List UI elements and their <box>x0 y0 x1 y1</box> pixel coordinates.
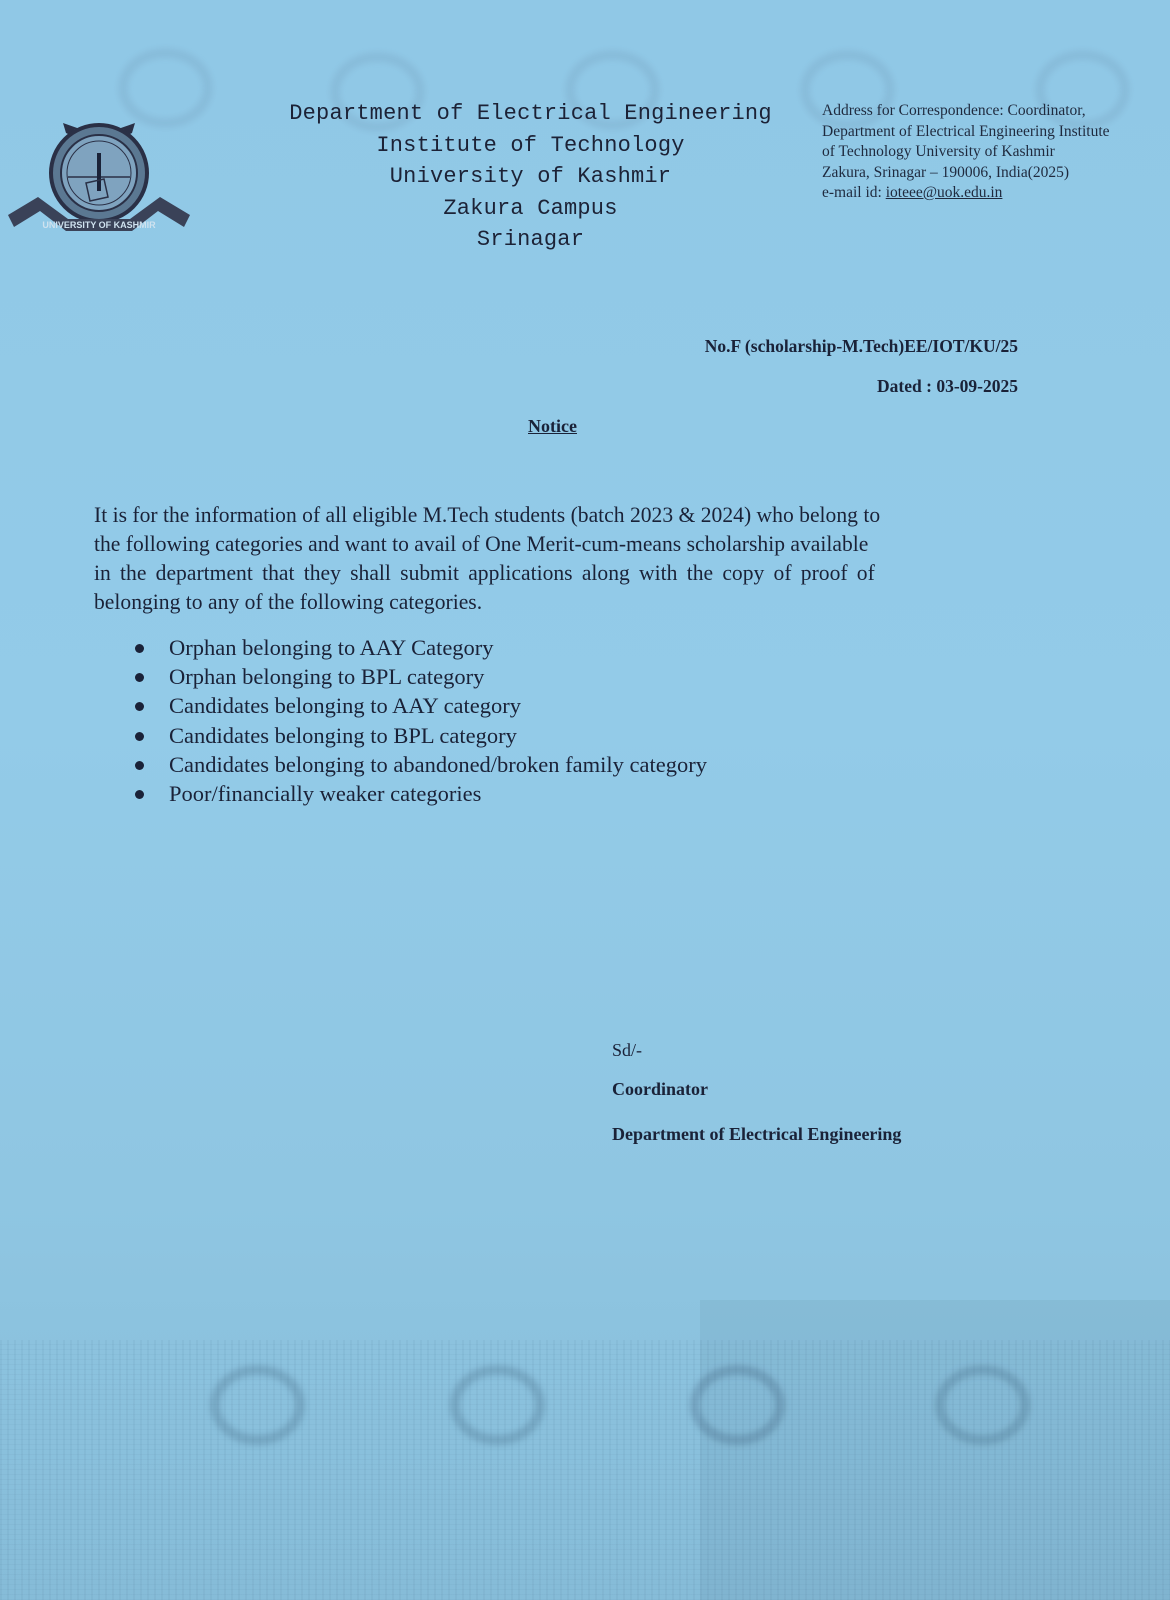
signature-mark: Sd/- <box>612 1040 642 1061</box>
list-item: Orphan belonging to BPL category <box>130 662 707 691</box>
notice-document: UNIVERSITY OF KASHMIR Department of Elec… <box>0 0 1170 1600</box>
body-line: belonging to any of the following catego… <box>94 587 979 616</box>
bullet-icon <box>135 702 144 711</box>
address-line: Department of Electrical Engineering Ins… <box>822 122 1170 143</box>
reference-number: No.F (scholarship-M.Tech)EE/IOT/KU/25 <box>705 336 1018 357</box>
list-item: Candidates belonging to AAY category <box>130 691 707 720</box>
body-line: It is for the information of all eligibl… <box>94 500 979 529</box>
email-line: e-mail id: ioteee@uok.edu.in <box>822 183 1170 204</box>
university-logo: UNIVERSITY OF KASHMIR <box>8 115 190 240</box>
list-item: Poor/financially weaker categories <box>130 779 707 808</box>
signatory-department: Department of Electrical Engineering <box>612 1124 901 1145</box>
toner-grain <box>0 1340 1170 1600</box>
svg-text:UNIVERSITY OF KASHMIR: UNIVERSITY OF KASHMIR <box>42 220 156 230</box>
address-line: Zakura, Srinagar – 190006, India(2025) <box>822 163 1170 184</box>
signatory-designation: Coordinator <box>612 1079 708 1100</box>
address-line: Address for Correspondence: Coordinator, <box>822 101 1170 122</box>
city-name: Srinagar <box>258 224 803 256</box>
campus-name: Zakura Campus <box>258 193 803 225</box>
notice-title: Notice <box>528 416 577 437</box>
list-item: Candidates belonging to BPL category <box>130 721 707 750</box>
university-of-kashmir-emblem-icon: UNIVERSITY OF KASHMIR <box>8 115 190 240</box>
bullet-icon <box>135 732 144 741</box>
list-item: Candidates belonging to abandoned/broken… <box>130 750 707 779</box>
notice-date: Dated : 03-09-2025 <box>877 376 1018 397</box>
bullet-icon <box>135 644 144 653</box>
university-name: University of Kashmir <box>258 161 803 193</box>
institute-name: Institute of Technology <box>258 130 803 162</box>
body-line: the following categories and want to ava… <box>94 529 979 558</box>
bullet-icon <box>135 673 144 682</box>
eligible-categories-list: Orphan belonging to AAY Category Orphan … <box>130 633 707 808</box>
list-item: Orphan belonging to AAY Category <box>130 633 707 662</box>
correspondence-address: Address for Correspondence: Coordinator,… <box>822 101 1170 204</box>
bullet-icon <box>135 790 144 799</box>
body-line: in the department that they shall submit… <box>94 558 979 587</box>
bullet-icon <box>135 761 144 770</box>
letterhead-title: Department of Electrical Engineering Ins… <box>258 98 803 256</box>
department-name: Department of Electrical Engineering <box>258 98 803 130</box>
address-line: of Technology University of Kashmir <box>822 142 1170 163</box>
notice-body: It is for the information of all eligibl… <box>94 500 979 616</box>
email-link[interactable]: ioteee@uok.edu.in <box>886 184 1003 201</box>
email-label: e-mail id: <box>822 184 886 201</box>
